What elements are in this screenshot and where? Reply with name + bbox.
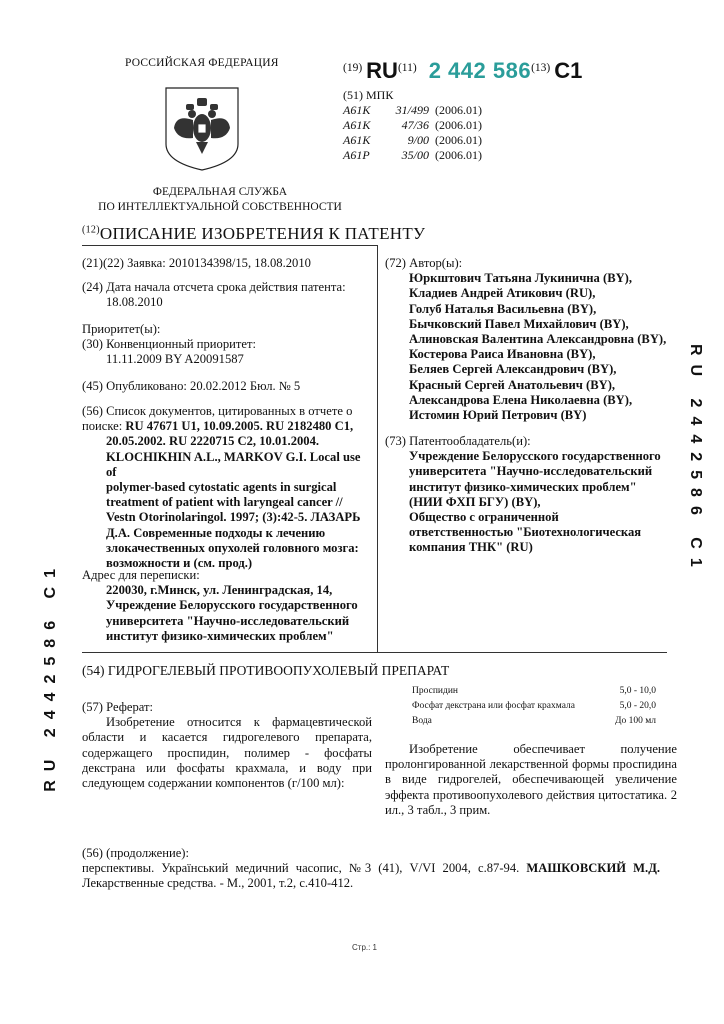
ipc-class: A61K [343,118,387,133]
abstract-text: Изобретение относится к фармацевтической… [82,715,372,791]
owners-label: (73) Патентообладатель(и): [385,434,670,449]
document-title-code: (12) [82,224,100,235]
citation-line: 20.05.2002. RU 2220715 C2, 10.01.2004. [82,434,374,449]
invention-title: (54) ГИДРОГЕЛЕВЫЙ ПРОТИВООПУХОЛЕВЫЙ ПРЕП… [82,663,449,679]
ipc-version: (2006.01) [435,103,482,117]
continuation-text-part2: Лекарственные средства. - М., 2001, т.2,… [82,876,353,890]
owner-line: (НИИ ФХП БГУ) (BY), [385,495,670,510]
address-lines: 220030, г.Минск, ул. Ленинградская, 14,У… [82,583,374,644]
side-code-left: RU 2442586 C1 [42,560,60,792]
ipc-class: A61K [343,103,387,118]
right-bottom-divider [377,652,667,653]
side-code-right: RU 2442586 C1 [686,344,704,576]
ipc-version: (2006.01) [435,118,482,132]
owner-line: Общество с ограниченной [385,510,670,525]
owner-line: университета "Научно-исследовательский [385,464,670,479]
ipc-entry: A61K47/36(2006.01) [343,118,482,133]
ipc-entry: A61K9/00(2006.01) [343,133,482,148]
author-item: Бычковский Павел Михайлович (BY), [385,317,670,332]
ipc-list: A61K31/499(2006.01)A61K47/36(2006.01)A61… [343,103,482,163]
ipc-class: A61P [343,148,387,163]
component-amount: 5,0 - 10,0 [620,684,656,699]
application-info: (21)(22) Заявка: 2010134398/15, 18.08.20… [82,256,374,271]
owner-line: компания ТНК" (RU) [385,540,670,555]
composition-table: Проспидин5,0 - 10,0Фосфат декстрана или … [412,684,656,729]
citation-line: (56) Список документов, цитированных в о… [82,404,374,419]
priority-section: Приоритет(ы): (30) Конвенционный приорит… [82,322,374,368]
continuation-text-bold: МАШКОВСКИЙ М.Д. [526,861,660,875]
author-item: Красный Сергей Анатольевич (BY), [385,378,670,393]
publication-number-line: (19) RU(11) 2 442 586(13) C1 [343,58,582,84]
authors-label: (72) Автор(ы): [385,256,670,271]
correspondence-address: Адрес для переписки: 220030, г.Минск, ул… [82,568,374,644]
citation-line: злокачественных опухолей головного мозга… [82,541,374,556]
component-name: Фосфат декстрана или фосфат крахмала [412,699,575,714]
abstract-label: (57) Реферат: [82,700,372,715]
continuation-label: (56) (продолжение): [82,846,660,861]
address-label: Адрес для переписки: [82,568,374,583]
address-line: Учреждение Белорусского государственного [82,598,374,613]
composition-row: ВодаДо 100 мл [412,714,656,729]
country-name: РОССИЙСКАЯ ФЕДЕРАЦИЯ [125,57,279,69]
patent-number: 2 442 586 [429,58,531,83]
component-name: Проспидин [412,684,458,699]
citation-line: поиске: RU 47671 U1, 10.09.2005. RU 2182… [82,419,374,434]
title-underline-divider [82,245,377,246]
term-start-value: 18.08.2010 [82,295,374,310]
ipc-classification: (51) МПК A61K31/499(2006.01)A61K47/36(20… [343,88,482,163]
abstract: (57) Реферат: Изобретение относится к фа… [82,700,372,791]
kind-code: C1 [554,58,582,83]
authors-list: Юркштович Татьяна Лукинична (BY),Кладиев… [385,271,670,423]
agency-line-1: ФЕДЕРАЛЬНАЯ СЛУЖБА [90,185,350,200]
russian-coat-of-arms-icon [162,84,242,176]
ipc-label: (51) МПК [343,88,482,103]
component-amount: До 100 мл [615,714,656,729]
conv-priority-value: 11.11.2009 BY A20091587 [82,352,374,367]
country-code: RU [366,58,398,83]
ipc-entry: A61K31/499(2006.01) [343,103,482,118]
address-line: институт физико-химических проблем" [82,629,374,644]
citation-line: Vestn Otorinolaringol. 1997; (3):42-5. Л… [82,510,374,525]
address-line: 220030, г.Минск, ул. Ленинградская, 14, [82,583,374,598]
continuation-text-part1: перспективы. Український медичний часопи… [82,861,526,875]
citation-line: polymer-based cytostatic agents in surgi… [82,480,374,495]
ipc-group: 9/00 [387,133,429,148]
ipc-group: 35/00 [387,148,429,163]
ipc-group: 31/499 [387,103,429,118]
author-item: Костерова Раиса Ивановна (BY), [385,347,670,362]
citations-list: (56) Список документов, цитированных в о… [82,404,374,571]
term-start: (24) Дата начала отсчета срока действия … [82,280,374,310]
published-info: (45) Опубликовано: 20.02.2012 Бюл. № 5 [82,379,374,394]
ipc-group: 47/36 [387,118,429,133]
column-divider [377,245,378,653]
agency-name: ФЕДЕРАЛЬНАЯ СЛУЖБА ПО ИНТЕЛЛЕКТУАЛЬНОЙ С… [90,185,350,215]
owners-list: Учреждение Белорусского государственного… [385,449,670,555]
component-amount: 5,0 - 20,0 [620,699,656,714]
author-item: Алиновская Валентина Александровна (BY), [385,332,670,347]
citation-line: KLOCHIKHIN A.L., MARKOV G.I. Local use o… [82,450,374,480]
author-item: Истомин Юрий Петрович (BY) [385,408,670,423]
owner-line: Учреждение Белорусского государственного [385,449,670,464]
author-item: Беляев Сергей Александрович (BY), [385,362,670,377]
composition-row: Фосфат декстрана или фосфат крахмала5,0 … [412,699,656,714]
author-item: Александрова Елена Николаевна (BY), [385,393,670,408]
citations-continuation: (56) (продолжение): перспективы. Українс… [82,846,660,892]
citation-text: поиске: [82,419,125,433]
ipc-class: A61K [343,133,387,148]
priority-label: Приоритет(ы): [82,322,374,337]
code-19: (19) [343,62,362,74]
left-bottom-divider [82,652,377,653]
continuation-text: перспективы. Український медичний часопи… [82,861,660,891]
conv-priority-label: (30) Конвенционный приоритет: [82,337,374,352]
code-11: (11) [398,62,417,74]
code-13: (13) [531,62,550,74]
author-item: Юркштович Татьяна Лукинична (BY), [385,271,670,286]
owner-line: ответственностью "Биотехнологическая [385,525,670,540]
ipc-entry: A61P35/00(2006.01) [343,148,482,163]
document-title-text: ОПИСАНИЕ ИЗОБРЕТЕНИЯ К ПАТЕНТУ [100,224,425,243]
term-start-label: (24) Дата начала отсчета срока действия … [82,280,374,295]
component-name: Вода [412,714,432,729]
author-item: Голуб Наталья Васильевна (BY), [385,302,670,317]
ipc-version: (2006.01) [435,133,482,147]
document-title: (12)ОПИСАНИЕ ИЗОБРЕТЕНИЯ К ПАТЕНТУ [82,224,425,244]
authors-section: (72) Автор(ы): Юркштович Татьяна Лукинич… [385,256,670,423]
citation-line: Д.А. Современные подходы к лечению [82,526,374,541]
page-number: Стр.: 1 [352,943,377,952]
owners-section: (73) Патентообладатель(и): Учреждение Бе… [385,434,670,556]
abstract-text-continued: Изобретение обеспечивает получение проло… [385,742,677,818]
citation-line: treatment of patient with laryngeal canc… [82,495,374,510]
composition-row: Проспидин5,0 - 10,0 [412,684,656,699]
citation-text-bold: RU 47671 U1, 10.09.2005. RU 2182480 C1, [125,419,353,433]
ipc-version: (2006.01) [435,148,482,162]
author-item: Кладиев Андрей Атикович (RU), [385,286,670,301]
agency-line-2: ПО ИНТЕЛЛЕКТУАЛЬНОЙ СОБСТВЕННОСТИ [90,200,350,215]
address-line: университета "Научно-исследовательский [82,614,374,629]
owner-line: институт физико-химических проблем" [385,480,670,495]
